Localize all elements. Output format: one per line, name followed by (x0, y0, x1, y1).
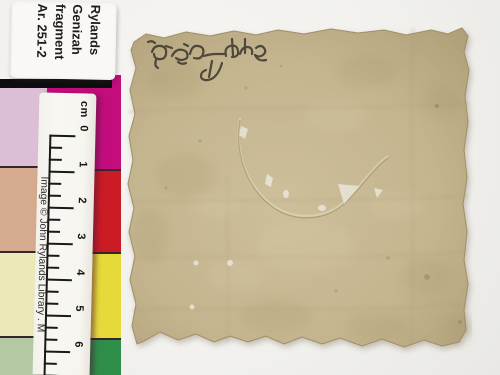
cm-scale-ruler: cm 0123456 Image © John Rylands Library … (33, 92, 97, 375)
ruler-number: 5 (72, 299, 86, 317)
manuscript-fragment (126, 26, 472, 353)
shelfmark-line: Rylands (85, 4, 104, 78)
photo-canvas: cm 0123456 Image © John Rylands Library … (0, 0, 500, 375)
shelfmark-line: Ar. 251-2 (32, 3, 51, 77)
ruler-number: 3 (74, 227, 88, 245)
ruler-number: 0 (76, 119, 90, 137)
ruler-number: 2 (75, 191, 89, 209)
ruler-tick-major (46, 279, 72, 282)
ruler-tick-major (47, 243, 73, 246)
ruler-tick-major (44, 351, 70, 354)
ruler-tick-minor (49, 159, 62, 161)
ruler-unit-label: cm (77, 98, 92, 120)
ruler-number: 1 (75, 155, 89, 173)
color-chart-black-bar (0, 79, 112, 88)
ruler-tick-major (49, 135, 75, 138)
shelfmark-line: Genizah (67, 4, 86, 78)
ruler-tick-minor (48, 195, 61, 197)
shelfmark-label: Rylands Genizah fragment Ar. 251-2 (10, 1, 117, 80)
ruler-number: 6 (71, 335, 85, 353)
ruler-tick-minor (45, 327, 58, 329)
ruler-tick-minor (44, 339, 57, 341)
ruler-number: 4 (73, 263, 87, 281)
ruler-tick-minor (46, 255, 59, 257)
ruler-tick-minor (47, 231, 60, 233)
ruler-tick-minor (44, 363, 57, 365)
ruler-tick-minor (49, 147, 62, 149)
ruler-tick-major (48, 171, 74, 174)
ruler-tick-minor (45, 303, 58, 305)
ruler-tick-minor (46, 291, 59, 293)
shelfmark-line: fragment (50, 3, 69, 77)
ruler-tick-minor (48, 183, 61, 185)
ruler-tick-minor (47, 219, 60, 221)
shelfmark-text: Rylands Genizah fragment Ar. 251-2 (32, 3, 104, 78)
ruler-tick-major (48, 207, 74, 210)
ruler-tick-minor (46, 267, 59, 269)
ruler-tick-major (45, 315, 71, 318)
